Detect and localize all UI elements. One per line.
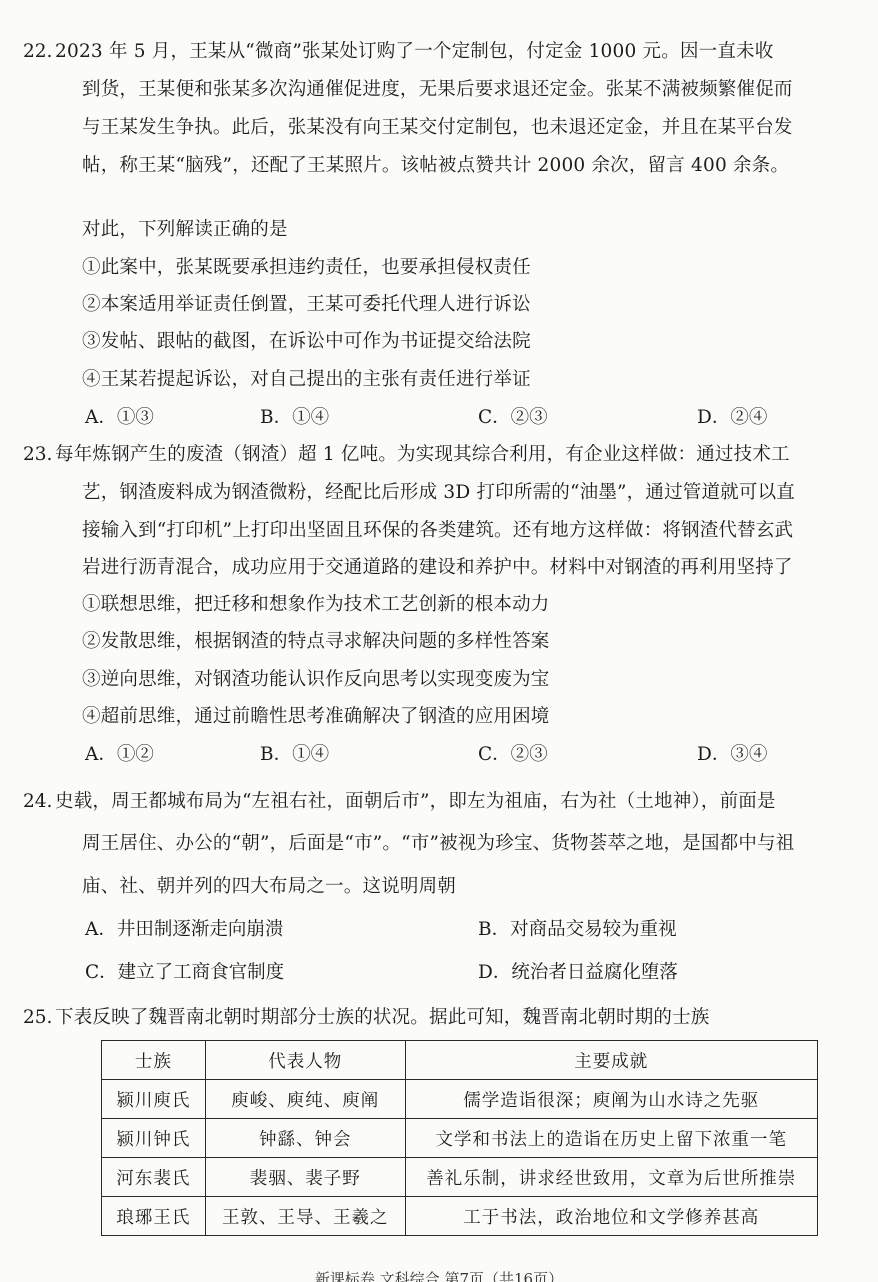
table-cell: 工于书法，政治地位和文学修养甚高 xyxy=(405,1197,817,1236)
table-cell: 裴骃、裴子野 xyxy=(205,1158,405,1197)
question-number: 24. xyxy=(23,790,52,814)
table-cell: 王敦、王导、王羲之 xyxy=(205,1197,405,1236)
option-d[interactable]: D．③④ xyxy=(697,743,767,767)
table-header: 代表人物 xyxy=(205,1041,405,1080)
table-cell: 颍川钟氏 xyxy=(102,1119,206,1158)
statement: ①联想思维，把迁移和想象作为技术工艺创新的根本动力 xyxy=(82,593,550,617)
statement: ②本案适用举证责任倒置，王某可委托代理人进行诉讼 xyxy=(82,293,531,317)
table-cell: 善礼乐制，讲求经世致用，文章为后世所推崇 xyxy=(405,1158,817,1197)
exam-page: 22. 2023 年 5 月，王某从“微商”张某处订购了一个定制包，付定金 10… xyxy=(0,0,878,1282)
table-cell: 琅琊王氏 xyxy=(102,1197,206,1236)
table-cell: 颍川庾氏 xyxy=(102,1080,206,1119)
table-cell: 河东裴氏 xyxy=(102,1158,206,1197)
statement: ①此案中，张某既要承担违约责任，也要承担侵权责任 xyxy=(82,256,531,280)
statement: ②发散思维，根据钢渣的特点寻求解决问题的多样性答案 xyxy=(82,630,550,654)
statement: ③逆向思维，对钢渣功能认识作反向思考以实现变废为宝 xyxy=(82,668,550,692)
question-stem-line: 庙、社、朝并列的四大布局之一。这说明周朝 xyxy=(82,875,456,899)
question-stem-line: 岩进行沥青混合，成功应用于交通道路的建设和养护中。材料中对钢渣的再利用坚持了 xyxy=(82,556,793,580)
table-row: 颍川钟氏 钟繇、钟会 文学和书法上的造诣在历史上留下浓重一笔 xyxy=(102,1119,818,1158)
table-header: 主要成就 xyxy=(405,1041,817,1080)
statement: ④王某若提起诉讼，对自己提出的主张有责任进行举证 xyxy=(82,368,531,392)
question-number: 22. xyxy=(23,40,52,64)
question-stem-line: 对此，下列解读正确的是 xyxy=(82,218,288,242)
table-cell: 文学和书法上的造诣在历史上留下浓重一笔 xyxy=(405,1119,817,1158)
option-c[interactable]: C．②③ xyxy=(478,406,548,430)
option-b[interactable]: B．①④ xyxy=(260,406,329,430)
option-d[interactable]: D．统治者日益腐化堕落 xyxy=(478,961,678,985)
question-stem-line: 史载，周王都城布局为“左祖右社，面朝后市”，即左为祖庙，右为社（土地神），前面是 xyxy=(55,790,776,814)
page-footer: 新课标卷 文科综合 第7页（共16页） xyxy=(0,1270,878,1282)
table-header: 士族 xyxy=(102,1041,206,1080)
question-stem-line: 帖，称王某“脑残”，还配了王某照片。该帖被点赞共计 2000 余次，留言 400… xyxy=(82,154,789,178)
option-b[interactable]: B．①④ xyxy=(260,743,329,767)
option-c[interactable]: C．②③ xyxy=(478,743,548,767)
table-cell: 庾峻、庾纯、庾阐 xyxy=(205,1080,405,1119)
statement: ④超前思维，通过前瞻性思考准确解决了钢渣的应用困境 xyxy=(82,705,550,729)
question-stem-line: 2023 年 5 月，王某从“微商”张某处订购了一个定制包，付定金 1000 元… xyxy=(55,40,773,64)
option-a[interactable]: A．井田制逐渐走向崩溃 xyxy=(85,918,283,942)
question-stem-line: 艺，钢渣废料成为钢渣微粉，经配比后形成 3D 打印所需的“油墨”，通过管道就可以… xyxy=(82,481,795,505)
question-stem-line: 每年炼钢产生的废渣（钢渣）超 1 亿吨。为实现其综合利用，有企业这样做：通过技术… xyxy=(55,443,790,467)
table-cell: 儒学造诣很深；庾阐为山水诗之先驱 xyxy=(405,1080,817,1119)
option-a[interactable]: A．①② xyxy=(85,743,154,767)
question-stem-line: 与王某发生争执。此后，张某没有向王某交付定制包，也未退还定金，并且在某平台发 xyxy=(82,116,793,140)
clan-table: 士族 代表人物 主要成就 颍川庾氏 庾峻、庾纯、庾阐 儒学造诣很深；庾阐为山水诗… xyxy=(101,1040,818,1236)
statement: ③发帖、跟帖的截图，在诉讼中可作为书证提交给法院 xyxy=(82,330,531,354)
option-c[interactable]: C．建立了工商食官制度 xyxy=(85,961,284,985)
option-a[interactable]: A．①③ xyxy=(85,406,154,430)
question-stem-line: 接输入到“打印机”上打印出坚固且环保的各类建筑。还有地方这样做：将钢渣代替玄武 xyxy=(82,519,793,543)
table-row: 琅琊王氏 王敦、王导、王羲之 工于书法，政治地位和文学修养甚高 xyxy=(102,1197,818,1236)
table-row: 颍川庾氏 庾峻、庾纯、庾阐 儒学造诣很深；庾阐为山水诗之先驱 xyxy=(102,1080,818,1119)
option-b[interactable]: B．对商品交易较为重视 xyxy=(478,918,677,942)
table-cell: 钟繇、钟会 xyxy=(205,1119,405,1158)
question-stem-line: 到货，王某便和张某多次沟通催促进度，无果后要求退还定金。张某不满被频繁催促而 xyxy=(82,78,793,102)
option-d[interactable]: D．②④ xyxy=(697,406,767,430)
question-number: 23. xyxy=(23,443,52,467)
table-header-row: 士族 代表人物 主要成就 xyxy=(102,1041,818,1080)
question-stem-line: 下表反映了魏晋南北朝时期部分士族的状况。据此可知，魏晋南北朝时期的士族 xyxy=(55,1006,710,1030)
question-number: 25. xyxy=(23,1006,52,1030)
table-row: 河东裴氏 裴骃、裴子野 善礼乐制，讲求经世致用，文章为后世所推崇 xyxy=(102,1158,818,1197)
question-stem-line: 周王居住、办公的“朝”，后面是“市”。“市”被视为珍宝、货物荟萃之地，是国都中与… xyxy=(82,832,794,856)
